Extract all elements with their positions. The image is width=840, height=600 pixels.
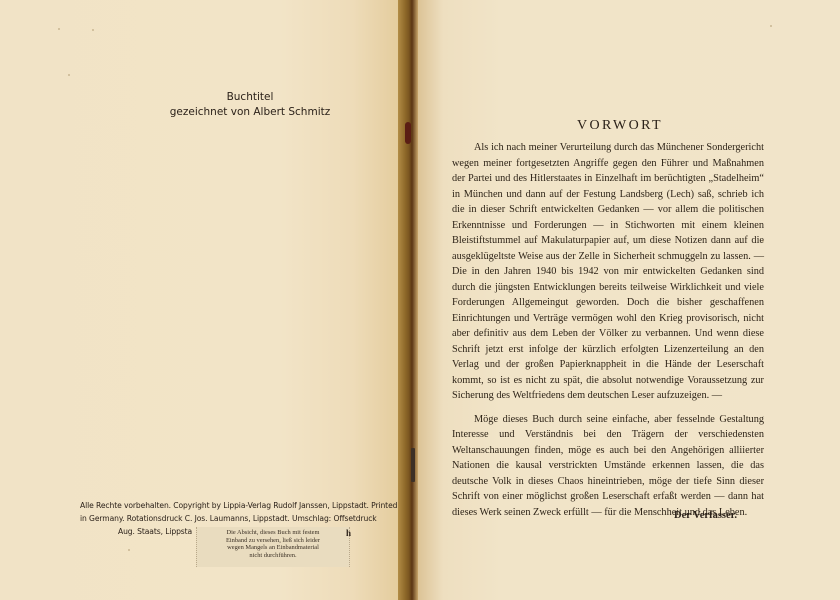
paper-speck: [128, 549, 130, 551]
paper-speck: [770, 25, 772, 27]
foreword-paragraph-1: Als ich nach meiner Verurteilung durch d…: [452, 140, 764, 404]
imprint-line-2: in Germany. Rotationsdruck C. Jos. Lauma…: [80, 512, 410, 525]
foreword-body: Als ich nach meiner Verurteilung durch d…: [452, 140, 764, 520]
paper-speck: [68, 74, 70, 76]
paper-speck: [58, 28, 60, 30]
credit-line-2: gezeichnet von Albert Schmitz: [150, 105, 350, 120]
pasted-binding-note: Die Absicht, dieses Buch mit festem Einb…: [196, 527, 350, 567]
binding-tear: [405, 122, 411, 144]
note-line-2: Einband zu versehen, ließ sich leider: [197, 537, 349, 545]
book-spread: Buchtitel gezeichnet von Albert Schmitz …: [0, 0, 840, 600]
author-signature: Der Verfasser.: [674, 510, 737, 521]
note-line-3: wegen Mangels an Einbandmaterial: [197, 544, 349, 552]
imprint-line-1: Alle Rechte vorbehalten. Copyright by Li…: [80, 499, 410, 512]
foreword-paragraph-2: Möge dieses Buch durch seine einfache, a…: [452, 412, 764, 521]
book-spine-gutter: [398, 0, 418, 600]
staple-icon: [411, 448, 415, 482]
note-line-4: nicht durchführen.: [197, 552, 349, 560]
imprint-trailing-fragment: h: [346, 528, 351, 538]
foreword-heading: VORWORT: [450, 118, 790, 134]
note-line-1: Die Absicht, dieses Buch mit festem: [197, 529, 349, 537]
paper-speck: [92, 29, 94, 31]
left-page: Buchtitel gezeichnet von Albert Schmitz …: [0, 0, 400, 600]
cover-design-credit: Buchtitel gezeichnet von Albert Schmitz: [150, 90, 350, 120]
credit-line-1: Buchtitel: [150, 90, 350, 105]
